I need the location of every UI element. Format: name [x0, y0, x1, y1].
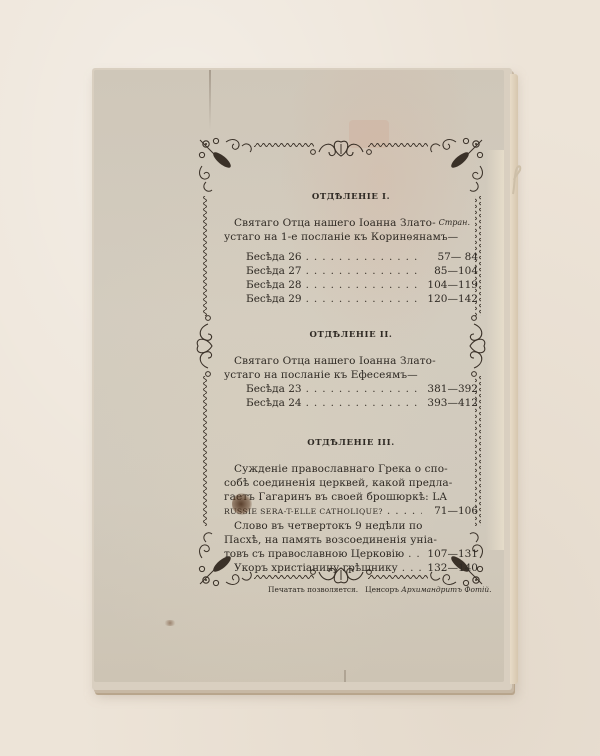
- section-2: ОТДѢЛЕНІЕ II. Святаго Отца нашего Іоанна…: [224, 328, 478, 410]
- section-3: ОТДѢЛЕНІЕ III. Сужденіе православнаго Гр…: [224, 436, 478, 575]
- item-line: гаетъ Гагаринъ въ своей брошюркѣ: LA: [224, 490, 478, 504]
- entry-pages: 57— 84: [426, 250, 478, 264]
- entry-label: Бесѣда 28: [224, 278, 302, 292]
- leader-dots: ..............................: [402, 561, 422, 575]
- imprimatur-text: Печатать позволяется.: [268, 585, 358, 594]
- entry-pages: 381—392: [426, 382, 478, 396]
- leader-dots: ..............................: [306, 264, 422, 278]
- entry-pages: 104—119: [426, 278, 478, 292]
- toc-entry: Бесѣда 24 ..............................…: [224, 396, 478, 410]
- section-heading-line: устаго на посланіе къ Ефесеямъ—: [224, 368, 478, 382]
- entry-label: Бесѣда 29: [224, 292, 302, 306]
- entry-pages: 85—104: [426, 264, 478, 278]
- toc-entry: Бесѣда 28 ..............................…: [224, 278, 478, 292]
- ink-spot: [163, 620, 177, 626]
- censor-label: Ценсоръ: [365, 585, 399, 594]
- leader-dots: ..............................: [387, 504, 422, 518]
- item-line: Пасхѣ, на память возсоединенія уніа-: [224, 533, 478, 547]
- entry-pages: 132—140: [426, 561, 478, 575]
- toc-entry: Бесѣда 23 ..............................…: [224, 382, 478, 396]
- toc-entry: Укоръ христіанину грѣшнику .............…: [224, 561, 478, 575]
- crease: [344, 670, 346, 682]
- item-line: Слово въ четвертокъ 9 недѣли по: [224, 519, 478, 533]
- toc-entry: Бесѣда 29 ..............................…: [224, 292, 478, 306]
- section-title: ОТДѢЛЕНІЕ I.: [224, 190, 478, 204]
- entry-label: Бесѣда 27: [224, 264, 302, 278]
- leader-dots: ..............................: [408, 547, 422, 561]
- toc-entry: товъ съ православною Церковію ..........…: [224, 547, 478, 561]
- censor-name: Архимандритъ Фотій.: [401, 585, 491, 594]
- toc-entry: Бесѣда 27 ..............................…: [224, 264, 478, 278]
- pages-column-header: Стран.: [439, 216, 470, 230]
- section-heading-line: Святаго Отца нашего Іоанна Злато-: [224, 354, 478, 368]
- section-title: ОТДѢЛЕНІЕ II.: [224, 328, 478, 342]
- entry-label: Укоръ христіанину грѣшнику: [224, 561, 398, 575]
- item-line: Сужденіе православнаго Грека о спо-: [224, 462, 478, 476]
- leader-dots: ..............................: [306, 396, 422, 410]
- ink-blot: [232, 493, 252, 515]
- entry-pages: 120—142: [426, 292, 478, 306]
- entry-pages: 107—131: [426, 547, 478, 561]
- leader-dots: ..............................: [306, 278, 422, 292]
- leader-dots: ..............................: [306, 250, 422, 264]
- binding-thread-icon: [512, 164, 522, 200]
- entry-label: товъ съ православною Церковію: [224, 547, 404, 561]
- entry-pages: 393—412: [426, 396, 478, 410]
- imprimatur-line: Печатать позволяется. Ценсоръ Архимандри…: [268, 585, 498, 594]
- section-1: ОТДѢЛЕНІЕ I. Стран. Святаго Отца нашего …: [224, 190, 478, 306]
- entry-label: Бесѣда 24: [224, 396, 302, 410]
- leader-dots: ..............................: [306, 292, 422, 306]
- section-title: ОТДѢЛЕНІЕ III.: [224, 436, 478, 450]
- leader-dots: ..............................: [306, 382, 422, 396]
- entry-pages: 71—106: [426, 504, 478, 518]
- item-line: собѣ соединенія церквей, какой предла-: [224, 476, 478, 490]
- table-of-contents: ОТДѢЛЕНІЕ I. Стран. Святаго Отца нашего …: [224, 190, 478, 575]
- toc-entry: Бесѣда 26 ..............................…: [224, 250, 478, 264]
- torn-edge: [486, 150, 504, 550]
- entry-label: Бесѣда 23: [224, 382, 302, 396]
- crease: [209, 70, 211, 130]
- toc-entry: RUSSIE SERA-T-ELLE CATHOLIQUE? .........…: [224, 504, 478, 519]
- entry-label: Бесѣда 26: [224, 250, 302, 264]
- section-heading-line: устаго на 1-е посланіе къ Коринѳянамъ—: [224, 230, 478, 244]
